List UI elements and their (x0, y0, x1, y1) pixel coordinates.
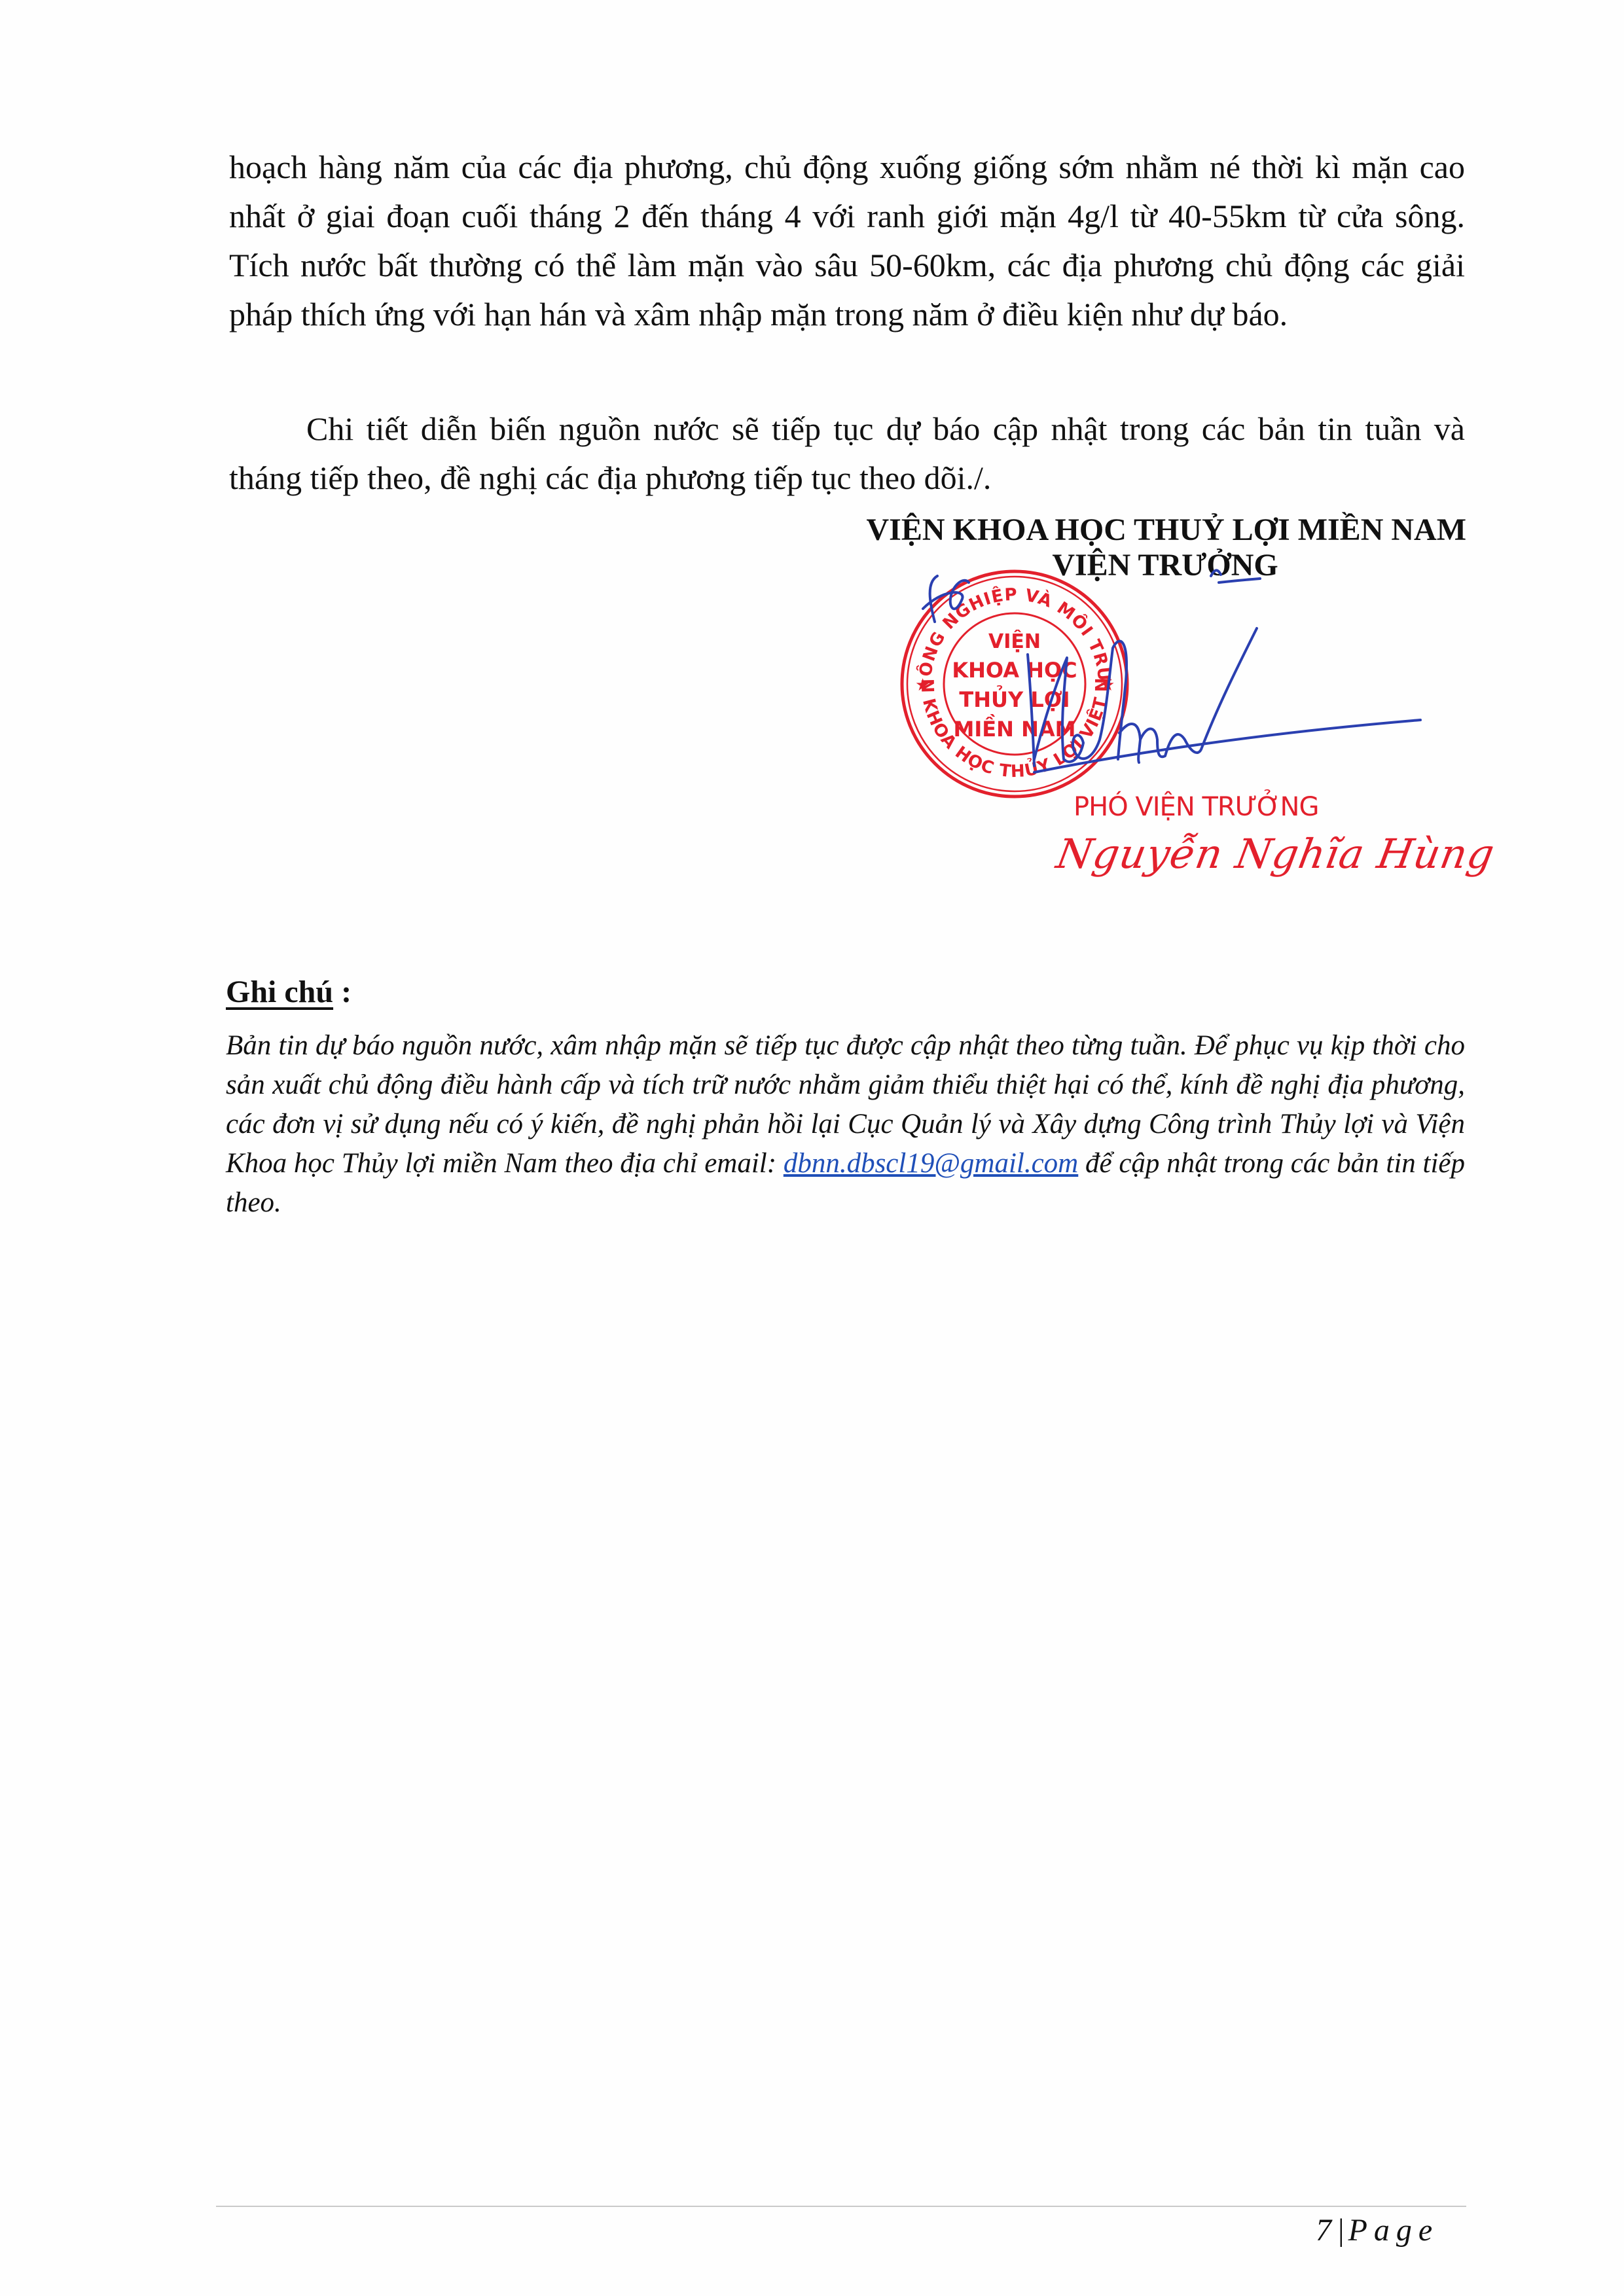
signer-name: Nguyễn Nghĩa Hùng (1053, 830, 1499, 878)
page-label: Page (1348, 2213, 1439, 2248)
body-paragraph-2: Chi tiết diễn biến nguồn nước sẽ tiếp tụ… (229, 404, 1465, 503)
stamp-center-line-3: THỦY LỢI (959, 685, 1070, 712)
note-heading-label: Ghi chú (226, 975, 333, 1009)
page-number-value: 7 (1316, 2213, 1338, 2248)
stamp-center-line-4: MIỀN NAM (954, 714, 1076, 742)
note-body: Bản tin dự báo nguồn nước, xâm nhập mặn … (226, 1026, 1465, 1223)
official-stamp-seal: BỘ NÔNG NGHIỆP VÀ MÔI TRƯỜNG VIỆN KHOA H… (897, 566, 1132, 802)
star-icon: ★ (1100, 675, 1115, 695)
stamp-center-line-2: KHOA HỌC (952, 658, 1077, 683)
signing-organization: VIỆN KHOA HỌC THUỶ LỢI MIỀN NAM (812, 512, 1466, 548)
contact-email-link[interactable]: dbnn.dbscl19@gmail.com (784, 1148, 1078, 1179)
footer-divider (216, 2206, 1466, 2207)
page-number: 7|Page (1316, 2212, 1439, 2248)
note-heading: Ghi chú : (226, 974, 352, 1010)
signer-title: VIỆN TRƯỞNG (812, 547, 1466, 584)
body-paragraph-1: hoạch hàng năm của các địa phương, chủ đ… (229, 143, 1465, 339)
deputy-director-title: PHÓ VIỆN TRƯỞNG (1074, 792, 1318, 822)
star-icon: ★ (915, 675, 930, 695)
page-number-separator: | (1338, 2213, 1348, 2248)
document-page: hoạch hàng năm của các địa phương, chủ đ… (0, 0, 1624, 2296)
note-heading-colon: : (333, 975, 352, 1009)
stamp-center-line-1: VIỆN (988, 629, 1041, 653)
